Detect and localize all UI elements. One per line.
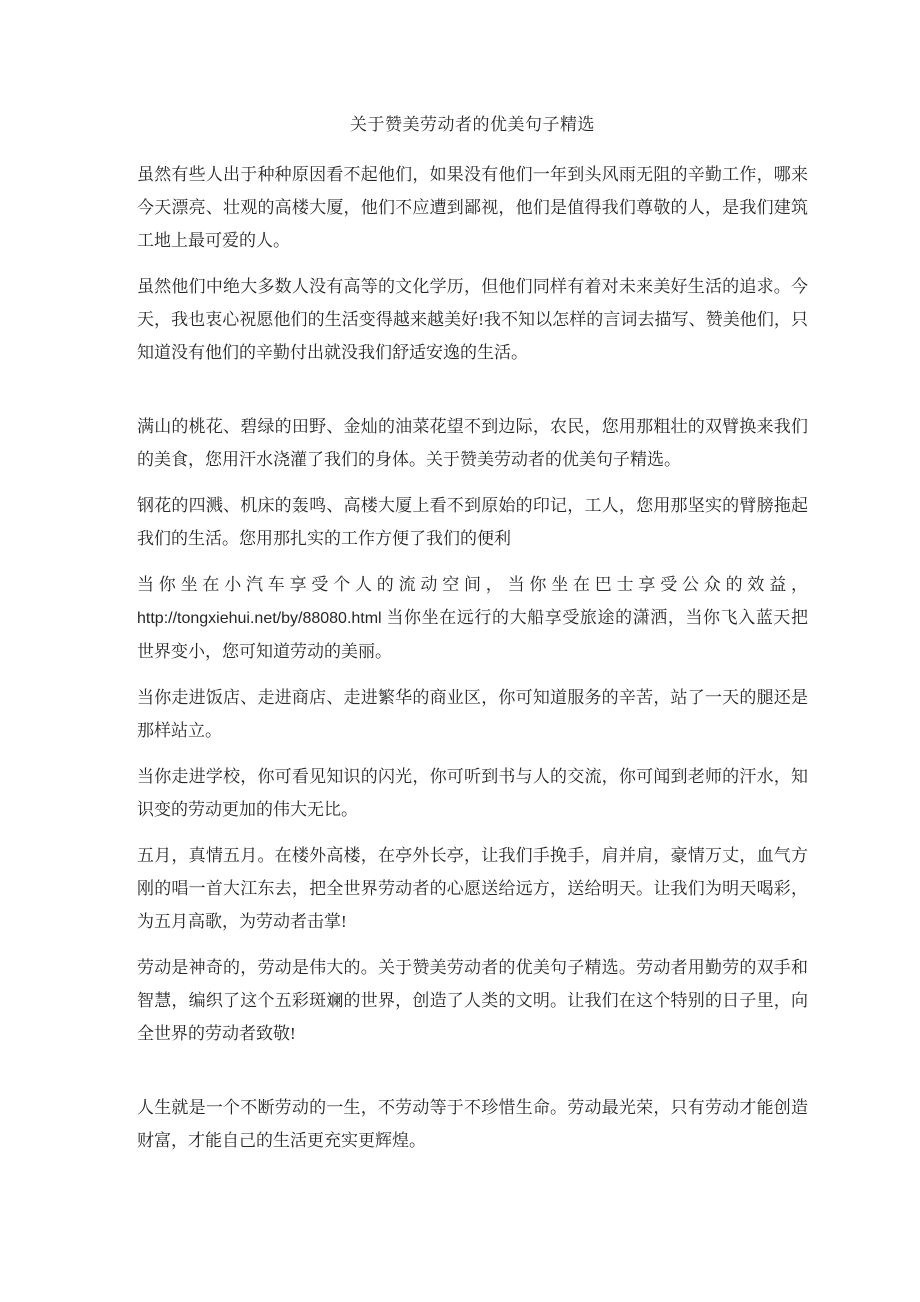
document-page: 关于赞美劳动者的优美句子精选 虽然有些人出于种种原因看不起他们，如果没有他们一年… xyxy=(0,0,920,1302)
empty-paragraph-spacer xyxy=(137,1063,808,1091)
paragraph-1: 虽然有些人出于种种原因看不起他们，如果没有他们一年到头风雨无阻的辛勤工作，哪来今… xyxy=(137,158,808,257)
url-text: http://tongxiehui.net/by/88080.html xyxy=(137,610,382,627)
paragraph-10: 人生就是一个不断劳动的一生，不劳动等于不珍惜生命。劳动最光荣，只有劳动才能创造财… xyxy=(137,1091,808,1157)
paragraph-5-text-before: 当你坐在小汽车享受个人的流动空间，当你坐在巴士享受公众的效益， xyxy=(137,575,808,594)
paragraph-5: 当你坐在小汽车享受个人的流动空间，当你坐在巴士享受公众的效益，http://to… xyxy=(137,568,808,668)
paragraph-3: 满山的桃花、碧绿的田野、金灿的油菜花望不到边际，农民，您用那粗壮的双臂换来我们的… xyxy=(137,410,808,476)
paragraph-2: 虽然他们中绝大多数人没有高等的文化学历，但他们同样有着对未来美好生活的追求。今天… xyxy=(137,270,808,369)
paragraph-4: 钢花的四溅、机床的轰鸣、高楼大厦上看不到原始的印记，工人，您用那坚实的臂膀拖起我… xyxy=(137,489,808,555)
paragraph-6: 当你走进饭店、走进商店、走进繁华的商业区，你可知道服务的辛苦，站了一天的腿还是那… xyxy=(137,681,808,747)
empty-paragraph-spacer xyxy=(137,382,808,410)
document-title: 关于赞美劳动者的优美句子精选 xyxy=(137,108,808,141)
paragraph-7: 当你走进学校，你可看见知识的闪光，你可听到书与人的交流，你可闻到老师的汗水，知识… xyxy=(137,760,808,826)
paragraph-9: 劳动是神奇的，劳动是伟大的。关于赞美劳动者的优美句子精选。劳动者用勤劳的双手和智… xyxy=(137,951,808,1050)
paragraph-8: 五月，真情五月。在楼外高楼，在亭外长亭，让我们手挽手，肩并肩，豪情万丈，血气方刚… xyxy=(137,839,808,938)
